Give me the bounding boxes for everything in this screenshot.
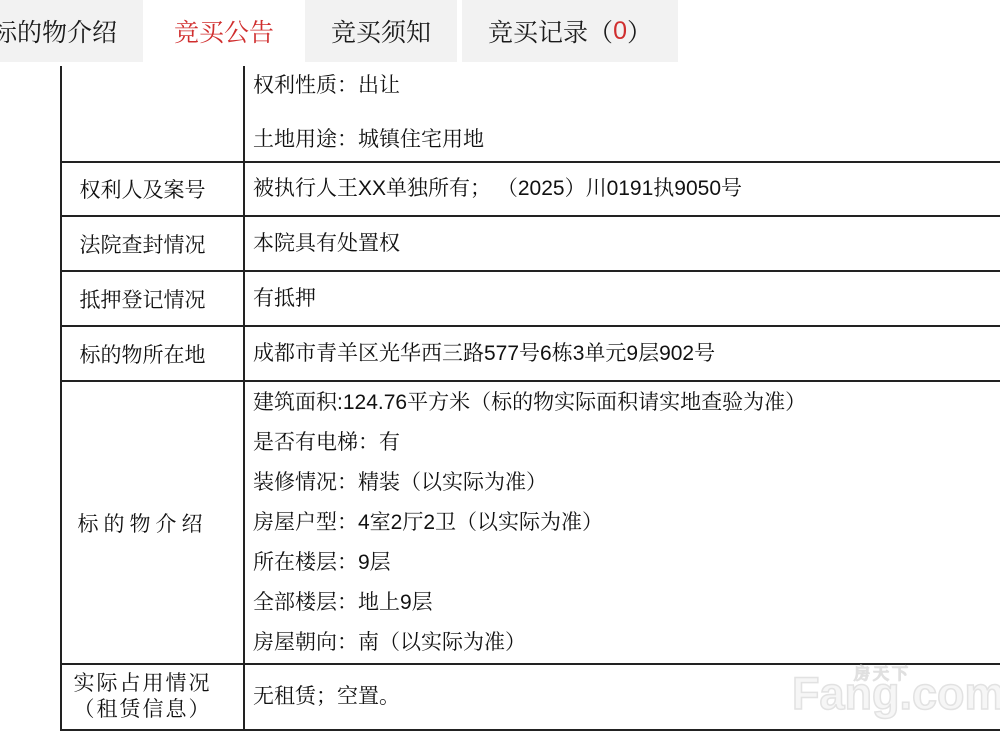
detail-line: 有抵押 xyxy=(253,279,1000,319)
detail-line: 所在楼层：9层 xyxy=(253,543,1000,583)
table-row-rights-holder: 权利人及案号 被执行人王XX单独所有； （2025）川0191执9050号 xyxy=(60,163,1000,217)
row-label: 实际占用情况 （租赁信息） xyxy=(60,665,245,729)
table-row-target-introduction: 标的物介绍 建筑面积:124.76平方米（标的物实际面积请实地查验为准） 是否有… xyxy=(60,382,1000,665)
tab-label: 竞买记录（ xyxy=(488,13,613,49)
detail-line: 房屋朝向：南（以实际为准） xyxy=(253,623,1000,663)
tab-bar: 标的物介绍 竞买公告 竞买须知 竞买记录（0） xyxy=(0,0,678,62)
tab-bidding-records[interactable]: 竞买记录（0） xyxy=(462,0,678,62)
bid-count-badge: 0 xyxy=(613,17,627,46)
row-label-line: （租赁信息） xyxy=(74,697,212,723)
tab-label: 竞买须知 xyxy=(331,13,431,49)
row-value: 权利性质：出让 土地用途：城镇住宅用地 xyxy=(245,66,1000,161)
row-label: 标的物所在地 xyxy=(60,327,245,380)
table-row-court-seizure: 法院查封情况 本院具有处置权 xyxy=(60,217,1000,272)
tab-auction-notice[interactable]: 竞买公告 xyxy=(148,0,300,62)
detail-line: 无租赁；空置。 xyxy=(253,677,1000,717)
table-row-mortgage: 抵押登记情况 有抵押 xyxy=(60,272,1000,327)
detail-line: 全部楼层：地上9层 xyxy=(253,583,1000,623)
detail-line: 本院具有处置权 xyxy=(253,224,1000,264)
detail-line: 成都市青羊区光华西三路577号6栋3单元9层902号 xyxy=(253,334,1000,374)
row-value: 被执行人王XX单独所有； （2025）川0191执9050号 xyxy=(245,163,1000,215)
table-row-land-rights: 权利性质：出让 土地用途：城镇住宅用地 xyxy=(60,66,1000,163)
row-label xyxy=(60,66,245,161)
row-value: 有抵押 xyxy=(245,272,1000,325)
property-info-table: 权利性质：出让 土地用途：城镇住宅用地 权利人及案号 被执行人王XX单独所有； … xyxy=(60,66,1000,731)
row-label: 抵押登记情况 xyxy=(60,272,245,325)
tab-label-suffix: ） xyxy=(627,13,652,49)
detail-line: 权利性质：出让 xyxy=(253,67,1000,105)
detail-line: 土地用途：城镇住宅用地 xyxy=(253,121,1000,159)
tab-label: 竞买公告 xyxy=(174,13,274,49)
detail-line: 建筑面积:124.76平方米（标的物实际面积请实地查验为准） xyxy=(253,383,1000,423)
auction-detail-page: 标的物介绍 竞买公告 竞买须知 竞买记录（0） 权利性质：出让 土地用途：城镇住… xyxy=(0,0,1000,733)
row-label-line: 实际占用情况 xyxy=(74,671,212,697)
row-value: 无租赁；空置。 xyxy=(245,665,1000,729)
row-label: 法院查封情况 xyxy=(60,217,245,270)
detail-line: 是否有电梯：有 xyxy=(253,423,1000,463)
row-value: 成都市青羊区光华西三路577号6栋3单元9层902号 xyxy=(245,327,1000,380)
row-value: 本院具有处置权 xyxy=(245,217,1000,270)
detail-line: 装修情况：精装（以实际为准） xyxy=(253,463,1000,503)
detail-line: 被执行人王XX单独所有； （2025）川0191执9050号 xyxy=(253,169,1000,209)
table-row-occupancy: 实际占用情况 （租赁信息） 无租赁；空置。 xyxy=(60,665,1000,731)
table-row-location: 标的物所在地 成都市青羊区光华西三路577号6栋3单元9层902号 xyxy=(60,327,1000,382)
tab-bidding-instructions[interactable]: 竞买须知 xyxy=(305,0,457,62)
detail-line: 房屋户型：4室2厅2卫（以实际为准） xyxy=(253,503,1000,543)
row-label: 标的物介绍 xyxy=(60,382,245,663)
tab-label: 标的物介绍 xyxy=(0,13,117,49)
tab-target-intro[interactable]: 标的物介绍 xyxy=(0,0,143,62)
row-value: 建筑面积:124.76平方米（标的物实际面积请实地查验为准） 是否有电梯：有 装… xyxy=(245,382,1000,663)
row-label: 权利人及案号 xyxy=(60,163,245,215)
